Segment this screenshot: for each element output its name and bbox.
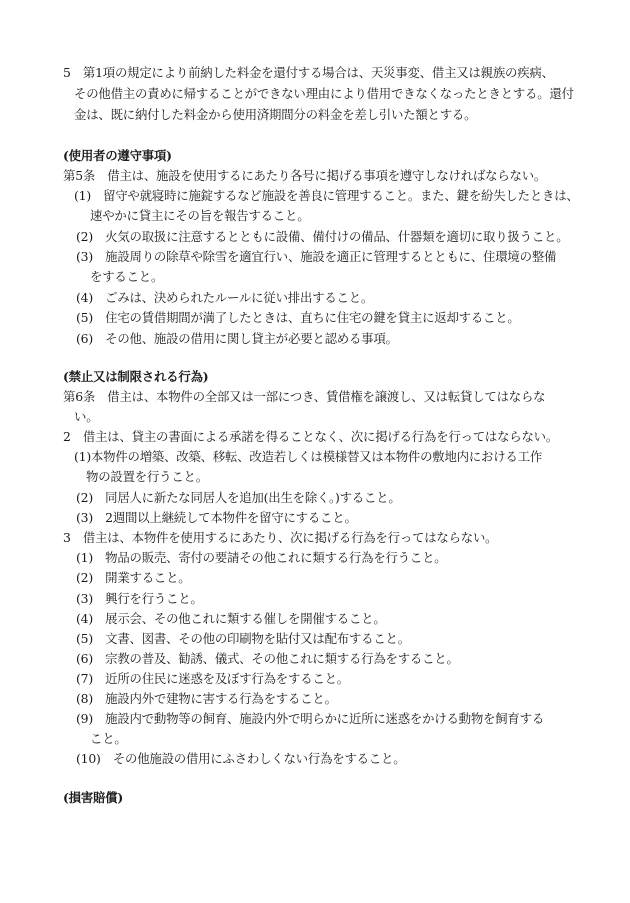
document-line: (3) 施設周りの除草や除雪を適宜行い、施設を適正に管理するとともに、住環境の整… [76,249,556,265]
document-line: (1) 物品の販売、寄付の要請その他これに類する行為を行うこと。 [76,550,446,566]
document-page: 5 第1項の規定により前納した料金を還付する場合は、天災事変、借主又は親族の疾病… [0,0,630,903]
document-line: 2 借主は、貸主の書面による承諾を得ることなく、次に掲げる行為を行ってはならない… [63,429,558,445]
document-line: をすること。 [90,269,163,285]
document-line: (1) 留守や就寝時に施錠するなど施設を善良に管理すること。また、鍵を紛失したと… [74,188,579,204]
document-line: (6) その他、施設の借用に関し貸主が必要と認める事項。 [76,331,398,347]
document-line: 金は、既に納付した料金から使用済期間分の料金を差し引いた額とする。 [74,107,476,123]
document-line: (7) 近所の住民に迷惑を及ぼす行為をすること。 [76,671,349,687]
document-line: 第5条 借主は、施設を使用するにあたり各号に掲げる事項を遵守しなければならない。 [63,168,546,184]
section-heading: (使用者の遵守事項) [63,148,172,164]
section-heading: (禁止又は制限される行為) [63,369,208,385]
document-line: 第6条 借主は、本物件の全部又は一部につき、賃借権を譲渡し、又は転貸してはならな [63,389,545,405]
document-line: (1)本物件の増築、改築、移転、改造若しくは模様替又は本物件の敷地内における工作 [74,449,542,465]
document-line: 5 第1項の規定により前納した料金を還付する場合は、天災事変、借主又は親族の疾病… [63,65,554,81]
document-line: い。 [74,409,98,425]
document-line: (9) 施設内で動物等の飼育、施設内外で明らかに近所に迷惑をかける動物を飼育する [76,711,544,727]
document-line: (8) 施設内外で建物に害する行為をすること。 [76,691,337,707]
section-heading: (損害賠償) [63,790,123,806]
document-line: こと。 [90,731,127,747]
document-line: 速やかに貸主にその旨を報告すること。 [90,208,309,224]
document-line: (2) 開業すること。 [76,570,190,586]
document-line: (3) 2週間以上継続して本物件を留守にすること。 [76,510,357,526]
document-line: (5) 文書、図書、その他の印刷物を貼付又は配布すること。 [76,631,410,647]
document-line: (3) 興行を行うこと。 [76,591,203,607]
document-line: (2) 同居人に新たな同居人を追加(出生を除く。)すること。 [76,490,401,506]
document-line: その他借主の責めに帰することができない理由により借用できなくなったときとする。還… [74,86,574,102]
document-line: (2) 火気の取扱に注意するとともに設備、備付けの備品、什器類を適切に取り扱うこ… [76,229,568,245]
document-line: (4) 展示会、その他これに類する催しを開催すること。 [76,611,386,627]
document-line: (4) ごみは、決められたルールに従い排出すること。 [76,290,373,306]
document-line: (6) 宗教の普及、勧誘、儀式、その他これに類する行為をすること。 [76,651,459,667]
document-line: 3 借主は、本物件を使用するにあたり、次に掲げる行為を行ってはならない。 [63,530,497,546]
document-line: (5) 住宅の賃借期間が満了したときは、直ちに住宅の鍵を貸主に返却すること。 [76,310,520,326]
document-line: 物の設置を行うこと。 [86,469,208,485]
document-line: (10) その他施設の借用にふさわしくない行為をすること。 [76,751,405,767]
